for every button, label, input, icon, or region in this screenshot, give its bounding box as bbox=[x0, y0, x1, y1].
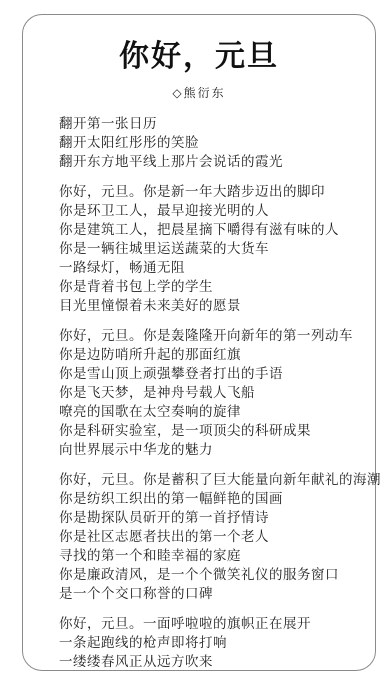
poem-line: 你好，元旦。你是蓄积了巨大能量向新年献礼的海潮 bbox=[59, 471, 367, 490]
poem-line: 你是一辆往城里运送蔬菜的大货车 bbox=[59, 240, 367, 259]
poem-line: 你好，元旦。你是轰隆隆开向新年的第一列动车 bbox=[59, 327, 367, 346]
poem-page: 你好，元旦 ◇熊衍东 翻开第一张日历翻开太阳红彤彤的笑脸翻开东方地平线上那片会说… bbox=[22, 14, 376, 671]
poem-line: 翻开太阳红彤彤的笑脸 bbox=[59, 134, 367, 153]
poem-line: 你是边防哨所升起的那面红旗 bbox=[59, 346, 367, 365]
poem-line: 你是雪山顶上顽强攀登者打出的手语 bbox=[59, 365, 367, 384]
poem-line: 目光里憧憬着未来美好的愿景 bbox=[59, 297, 367, 316]
poem-line: 你好，元旦。一面呼啦啦的旗帜正在展开 bbox=[59, 615, 367, 634]
poem-line: 是一个个交口称誉的口碑 bbox=[59, 585, 367, 604]
poem-line: 翻开第一张日历 bbox=[59, 115, 367, 134]
poem-line: 你是纺织工织出的第一幅鲜艳的国画 bbox=[59, 490, 367, 509]
poem-line: 寻找的第一个和睦幸福的家庭 bbox=[59, 547, 367, 566]
poem-line: 嘹亮的国歌在太空奏响的旋律 bbox=[59, 403, 367, 422]
poem-line: 一路绿灯，畅通无阻 bbox=[59, 259, 367, 278]
stanza: 翻开第一张日历翻开太阳红彤彤的笑脸翻开东方地平线上那片会说话的霞光 bbox=[59, 115, 367, 172]
poem-line: 你是勘探队员斫开的第一首抒情诗 bbox=[59, 509, 367, 528]
poem-title: 你好，元旦 bbox=[35, 39, 363, 75]
poem-author: ◇熊衍东 bbox=[23, 84, 375, 101]
stanza: 你好，元旦。你是轰隆隆开向新年的第一列动车你是边防哨所升起的那面红旗你是雪山顶上… bbox=[59, 327, 367, 460]
poem-line: 一条起跑线的枪声即将打响 bbox=[59, 634, 367, 653]
poem-body: 翻开第一张日历翻开太阳红彤彤的笑脸翻开东方地平线上那片会说话的霞光你好，元旦。你… bbox=[23, 115, 375, 672]
poem-line: 你是环卫工人，最早迎接光明的人 bbox=[59, 202, 367, 221]
poem-line: 向世界展示中华龙的魅力 bbox=[59, 441, 367, 460]
poem-line: 你是背着书包上学的学生 bbox=[59, 278, 367, 297]
poem-line: 你是飞天梦，是神舟号载人飞船 bbox=[59, 384, 367, 403]
stanza: 你好，元旦。你是蓄积了巨大能量向新年献礼的海潮你是纺织工织出的第一幅鲜艳的国画你… bbox=[59, 471, 367, 604]
poem-line: 你是科研实验室，是一项顶尖的科研成果 bbox=[59, 422, 367, 441]
stanza: 你好，元旦。一面呼啦啦的旗帜正在展开一条起跑线的枪声即将打响一缕缕春风正从远方吹… bbox=[59, 615, 367, 672]
poem-line: 你是建筑工人，把晨星摘下嚼得有滋有味的人 bbox=[59, 221, 367, 240]
poem-line: 你是廉政清风，是一个个微笑礼仪的服务窗口 bbox=[59, 566, 367, 585]
poem-line: 一缕缕春风正从远方吹来 bbox=[59, 653, 367, 672]
poem-line: 你好，元旦。你是新一年大踏步迈出的脚印 bbox=[59, 183, 367, 202]
poem-line: 你是社区志愿者扶出的第一个老人 bbox=[59, 528, 367, 547]
poem-line: 翻开东方地平线上那片会说话的霞光 bbox=[59, 153, 367, 172]
stanza: 你好，元旦。你是新一年大踏步迈出的脚印你是环卫工人，最早迎接光明的人你是建筑工人… bbox=[59, 183, 367, 316]
